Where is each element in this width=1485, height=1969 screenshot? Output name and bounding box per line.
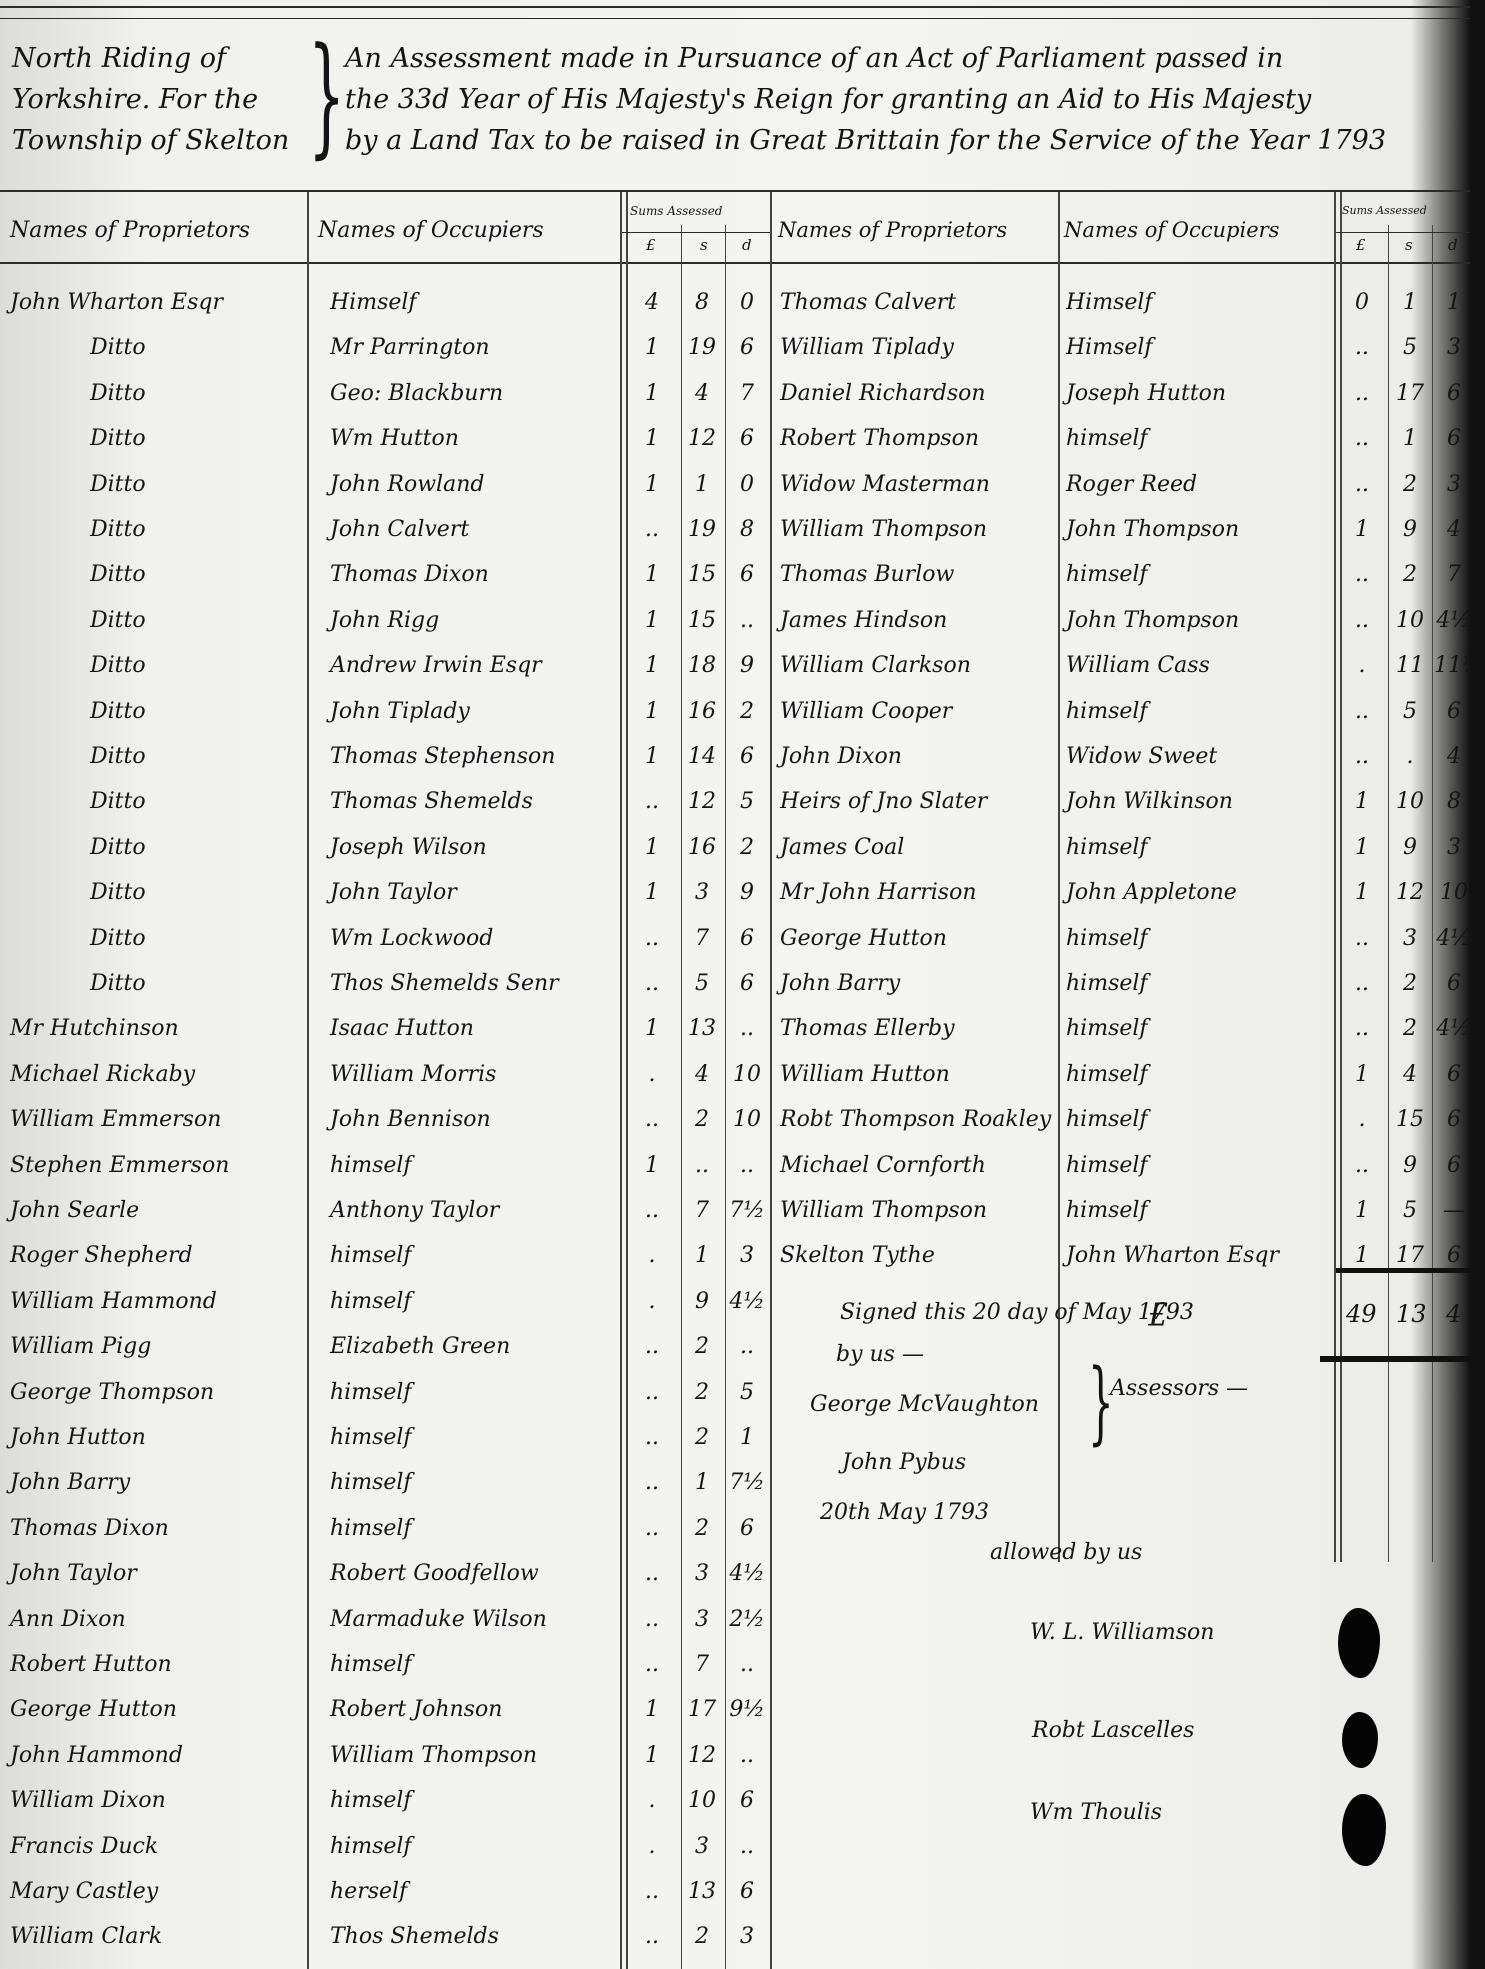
shillings-value: 10 <box>1390 608 1430 633</box>
occupiers-column-header: Names of Occupiers <box>1064 218 1279 242</box>
shillings-value: 3 <box>682 1561 722 1586</box>
shillings-value: 2 <box>682 1924 722 1949</box>
pence-value: 6 <box>727 1879 767 1904</box>
proprietor-name: William Hammond <box>10 1289 217 1314</box>
proprietor-name: William Hutton <box>780 1062 950 1087</box>
sums-assessed-header: Sums Assessed <box>1342 204 1427 217</box>
proprietor-name: William Tiplady <box>780 335 954 360</box>
table-row: William Thompsonhimself15— <box>0 1198 1485 1236</box>
table-row: Mr John HarrisonJohn Appletone11210 <box>0 880 1485 918</box>
pence-value: .. <box>727 1652 767 1677</box>
table-row: Robert Thompsonhimself..16 <box>0 426 1485 464</box>
pounds-value: .. <box>1342 971 1382 996</box>
occupier-name: himself <box>1066 1198 1148 1223</box>
pounds-value: .. <box>632 1380 672 1405</box>
pounds-value: .. <box>632 1652 672 1677</box>
proprietor-name: Thomas Calvert <box>780 290 956 315</box>
curly-brace-icon: } <box>1088 1358 1114 1448</box>
table-row: John DixonWidow Sweet...4 <box>0 744 1485 782</box>
occupier-name: William Thompson <box>330 1743 537 1768</box>
assessor-signature: George McVaughton <box>810 1392 1039 1417</box>
pounds-value: 1 <box>1342 880 1382 905</box>
shillings-value: 13 <box>682 1879 722 1904</box>
occupier-name: himself <box>1066 971 1148 996</box>
pounds-value: 1 <box>632 1743 672 1768</box>
table-row: James Coalhimself193 <box>0 835 1485 873</box>
signed-date-line: Signed this 20 day of May 1793 <box>840 1300 1194 1325</box>
pounds-value: .. <box>1342 562 1382 587</box>
table-row: Widow MastermanRoger Reed..23 <box>0 472 1485 510</box>
shillings-value: 3 <box>1390 926 1430 951</box>
pounds-value: .. <box>632 1516 672 1541</box>
pence-value: 11½ <box>1434 653 1474 678</box>
pence-value: 4 <box>1434 744 1474 769</box>
occupier-name: himself <box>1066 562 1148 587</box>
shillings-value: 2 <box>1390 1016 1430 1041</box>
shillings-value: 12 <box>682 1743 722 1768</box>
pence-value: 6 <box>1434 1153 1474 1178</box>
shillings-value: 4 <box>1390 1062 1430 1087</box>
table-row: John Huttonhimself..21 <box>0 1425 1485 1463</box>
table-row: Thomas Dixonhimself..26 <box>0 1516 1485 1554</box>
proprietor-name: William Clark <box>10 1924 162 1949</box>
table-row: Thomas Burlowhimself..27 <box>0 562 1485 600</box>
pounds-value: .. <box>1342 426 1382 451</box>
pence-value: .. <box>727 1834 767 1859</box>
shillings-header: s <box>1405 236 1413 254</box>
shillings-value: 1 <box>1390 426 1430 451</box>
pence-value: 3 <box>1434 335 1474 360</box>
pounds-value: 1 <box>1342 1243 1382 1268</box>
shillings-value: 10 <box>682 1788 722 1813</box>
table-row: Mary Castleyherself..136 <box>0 1879 1485 1917</box>
table-row: John HammondWilliam Thompson112.. <box>0 1743 1485 1781</box>
occupier-name: himself <box>1066 926 1148 951</box>
top-rule-2 <box>0 18 1470 19</box>
occupier-name: himself <box>330 1470 412 1495</box>
pence-value: 10 <box>1434 880 1474 905</box>
header-bottom-rule <box>0 190 1470 192</box>
pounds-value: . <box>632 1289 672 1314</box>
pence-value: 3 <box>1434 835 1474 860</box>
occupier-name: Roger Reed <box>1066 472 1197 497</box>
table-row: William Cooperhimself..56 <box>0 699 1485 737</box>
pence-value: 9½ <box>727 1697 767 1722</box>
table-row: William ClarkThos Shemelds..23 <box>0 1924 1485 1962</box>
occupier-name: William Cass <box>1066 653 1210 678</box>
heading-line: Township of Skelton <box>12 120 312 161</box>
pence-value: .. <box>727 1334 767 1359</box>
top-rule <box>0 6 1470 8</box>
assessor-signature: John Pybus <box>842 1450 966 1475</box>
table-row: Thomas Ellerbyhimself..24½ <box>0 1016 1485 1054</box>
shillings-value: 2 <box>1390 472 1430 497</box>
proprietor-name: John Taylor <box>10 1561 137 1586</box>
shillings-value: 15 <box>1390 1107 1430 1132</box>
occupier-name: Elizabeth Green <box>330 1334 510 1359</box>
pounds-value: .. <box>1342 926 1382 951</box>
table-row: Ann DixonMarmaduke Wilson..32½ <box>0 1607 1485 1645</box>
pounds-value: .. <box>632 1924 672 1949</box>
pounds-value: .. <box>1342 335 1382 360</box>
proprietor-name: Thomas Ellerby <box>780 1016 955 1041</box>
sums-subheader-rule <box>1336 232 1470 233</box>
shillings-value: 10 <box>1390 789 1430 814</box>
commissioner-signature: Wm Thoulis <box>1030 1800 1162 1825</box>
table-row: William Dixonhimself.106 <box>0 1788 1485 1826</box>
total-pence: 4 <box>1446 1300 1461 1328</box>
title-line: by a Land Tax to be raised in Great Brit… <box>345 120 1475 161</box>
pounds-value: .. <box>632 1470 672 1495</box>
proprietor-name: William Clarkson <box>780 653 971 678</box>
shillings-value: 3 <box>682 1607 722 1632</box>
pounds-value: .. <box>1342 608 1382 633</box>
shillings-value: 5 <box>1390 1198 1430 1223</box>
occupier-name: Himself <box>1066 290 1153 315</box>
pounds-header: £ <box>1356 236 1366 254</box>
table-row: William ThompsonJohn Thompson194 <box>0 517 1485 555</box>
pounds-value: .. <box>632 1879 672 1904</box>
shillings-value: 9 <box>682 1289 722 1314</box>
shillings-value: 17 <box>1390 1243 1430 1268</box>
table-row: William PiggElizabeth Green..2.. <box>0 1334 1485 1372</box>
pounds-value: 1 <box>1342 789 1382 814</box>
pounds-value: .. <box>632 1607 672 1632</box>
shillings-value: 2 <box>682 1334 722 1359</box>
pence-value: 6 <box>1434 1243 1474 1268</box>
commissioner-signature: Robt Lascelles <box>1032 1718 1194 1743</box>
occupier-name: John Wilkinson <box>1066 789 1233 814</box>
total-pounds: 49 <box>1346 1300 1377 1328</box>
shillings-value: . <box>1390 744 1430 769</box>
shillings-value: 2 <box>1390 562 1430 587</box>
proprietor-name: Mary Castley <box>10 1879 158 1904</box>
pence-header: d <box>1448 236 1458 254</box>
proprietor-name: William Thompson <box>780 517 987 542</box>
shillings-value: 12 <box>1390 880 1430 905</box>
table-row: William ClarksonWilliam Cass.1111½ <box>0 653 1485 691</box>
proprietors-column-header: Names of Proprietors <box>10 218 250 243</box>
total-rule-top <box>1336 1268 1470 1273</box>
proprietor-name: Robert Thompson <box>780 426 979 451</box>
pence-value: 6 <box>1434 426 1474 451</box>
pounds-value: 1 <box>1342 517 1382 542</box>
land-tax-assessment-page: North Riding of Yorkshire. For the Towns… <box>0 0 1485 1969</box>
shillings-value: 5 <box>1390 699 1430 724</box>
shillings-value: 17 <box>1390 381 1430 406</box>
pence-value: 8 <box>1434 789 1474 814</box>
proprietor-name: William Thompson <box>780 1198 987 1223</box>
occupier-name: himself <box>330 1788 412 1813</box>
allowed-by-us-label: allowed by us <box>990 1540 1142 1565</box>
shillings-value: 9 <box>1390 1153 1430 1178</box>
shillings-value: 7 <box>682 1652 722 1677</box>
shillings-value: 11 <box>1390 653 1430 678</box>
pounds-value: 1 <box>1342 1062 1382 1087</box>
pounds-value: . <box>1342 653 1382 678</box>
table-row: Daniel RichardsonJoseph Hutton..176 <box>0 381 1485 419</box>
occupier-name: Widow Sweet <box>1066 744 1217 769</box>
table-row: George Huttonhimself..34½ <box>0 926 1485 964</box>
occupier-name: himself <box>330 1289 412 1314</box>
table-row: William Huttonhimself146 <box>0 1062 1485 1100</box>
proprietor-name: Thomas Burlow <box>780 562 954 587</box>
pence-value: 4 <box>1434 517 1474 542</box>
occupier-name: himself <box>330 1425 412 1450</box>
shillings-value: 17 <box>682 1697 722 1722</box>
total-pound-symbol: £ <box>1148 1296 1168 1334</box>
pounds-value: .. <box>1342 1016 1382 1041</box>
pence-value: 3 <box>1434 472 1474 497</box>
sums-assessed-header: Sums Assessed <box>630 204 722 218</box>
sums-subheader-rule <box>622 232 770 233</box>
pounds-value: .. <box>1342 699 1382 724</box>
proprietor-name: Thomas Dixon <box>10 1516 169 1541</box>
heading-line: Yorkshire. For the <box>12 79 312 120</box>
proprietor-name: Michael Cornforth <box>780 1153 986 1178</box>
pence-value: 6 <box>1434 381 1474 406</box>
by-us-label: by us — <box>836 1342 924 1367</box>
pounds-value: .. <box>1342 1153 1382 1178</box>
proprietor-name: William Pigg <box>10 1334 151 1359</box>
allowed-date: 20th May 1793 <box>820 1500 989 1525</box>
occupier-name: himself <box>1066 1107 1148 1132</box>
heading-line: North Riding of <box>12 38 312 79</box>
wax-seal-icon <box>1342 1794 1386 1866</box>
total-rule-bottom <box>1320 1356 1470 1362</box>
pounds-value: .. <box>632 1425 672 1450</box>
title-line: the 33d Year of His Majesty's Reign for … <box>345 79 1475 120</box>
pounds-value: .. <box>1342 472 1382 497</box>
pounds-value: . <box>1342 1107 1382 1132</box>
proprietor-name: John Barry <box>10 1470 130 1495</box>
proprietor-name: George Hutton <box>780 926 947 951</box>
proprietor-name: James Coal <box>780 835 904 860</box>
proprietor-name: Robert Hutton <box>10 1652 172 1677</box>
occupier-name: himself <box>330 1380 412 1405</box>
proprietor-name: George Hutton <box>10 1697 177 1722</box>
pounds-header: £ <box>646 236 656 254</box>
occupier-name: Robert Johnson <box>330 1697 502 1722</box>
occupier-name: Joseph Hutton <box>1066 381 1226 406</box>
proprietor-name: John Hutton <box>10 1425 146 1450</box>
column-header-rule <box>0 262 1470 264</box>
shillings-value: 9 <box>1390 835 1430 860</box>
pence-value: 4½ <box>1434 926 1474 951</box>
pence-value: 7½ <box>727 1470 767 1495</box>
total-shillings: 13 <box>1396 1300 1427 1328</box>
pounds-value: 1 <box>1342 1198 1382 1223</box>
occupier-name: Robert Goodfellow <box>330 1561 539 1586</box>
pence-value: 6 <box>727 1516 767 1541</box>
pence-value: — <box>1434 1198 1474 1223</box>
pounds-value: . <box>632 1834 672 1859</box>
table-row: George Thompsonhimself..25 <box>0 1380 1485 1418</box>
county-township-heading: North Riding of Yorkshire. For the Towns… <box>12 38 312 161</box>
pounds-value: 0 <box>1342 290 1382 315</box>
table-row: William TipladyHimself..53 <box>0 335 1485 373</box>
pence-value: 5 <box>727 1380 767 1405</box>
table-row: William Hammondhimself.94½ <box>0 1289 1485 1327</box>
pounds-value: .. <box>1342 381 1382 406</box>
table-row: Michael Cornforthhimself..96 <box>0 1153 1485 1191</box>
pence-value: 4½ <box>727 1561 767 1586</box>
occupier-name: John Thompson <box>1066 517 1239 542</box>
occupier-name: Marmaduke Wilson <box>330 1607 547 1632</box>
pence-value: 6 <box>1434 1107 1474 1132</box>
pence-value: 1 <box>1434 290 1474 315</box>
proprietor-name: Widow Masterman <box>780 472 990 497</box>
pounds-value: .. <box>632 1561 672 1586</box>
table-row: John TaylorRobert Goodfellow..34½ <box>0 1561 1485 1599</box>
pence-header: d <box>742 236 752 254</box>
shillings-value: 1 <box>1390 290 1430 315</box>
occupier-name: himself <box>330 1652 412 1677</box>
occupier-name: himself <box>1066 1062 1148 1087</box>
table-row: Skelton TytheJohn Wharton Esqr1176 <box>0 1243 1485 1281</box>
proprietors-column-header: Names of Proprietors <box>778 218 1007 242</box>
occupier-name: John Wharton Esqr <box>1066 1243 1279 1268</box>
table-row: Thomas CalvertHimself011 <box>0 290 1485 328</box>
table-row: John Barryhimself..26 <box>0 971 1485 1009</box>
pence-value: 2½ <box>727 1607 767 1632</box>
proprietor-name: William Cooper <box>780 699 952 724</box>
proprietor-name: Heirs of Jno Slater <box>780 789 987 814</box>
pence-value: 7 <box>1434 562 1474 587</box>
table-row: Robt Thompson Roakleyhimself.156 <box>0 1107 1485 1145</box>
pence-value: 4½ <box>1434 1016 1474 1041</box>
occupier-name: himself <box>1066 699 1148 724</box>
occupier-name: Thos Shemelds <box>330 1924 499 1949</box>
pence-value: .. <box>727 1743 767 1768</box>
occupier-name: herself <box>330 1879 407 1904</box>
proprietor-name: Ann Dixon <box>10 1607 126 1632</box>
shillings-value: 5 <box>1390 335 1430 360</box>
proprietor-name: Robt Thompson Roakley <box>780 1107 1051 1132</box>
proprietor-name: James Hindson <box>780 608 947 633</box>
table-row: Heirs of Jno SlaterJohn Wilkinson1108 <box>0 789 1485 827</box>
occupier-name: himself <box>1066 1016 1148 1041</box>
shillings-value: 3 <box>682 1834 722 1859</box>
shillings-value: 2 <box>682 1380 722 1405</box>
proprietor-name: Skelton Tythe <box>780 1243 935 1268</box>
table-row: Robert Huttonhimself..7.. <box>0 1652 1485 1690</box>
assessment-title: An Assessment made in Pursuance of an Ac… <box>345 38 1475 161</box>
proprietor-name: John Dixon <box>780 744 902 769</box>
occupier-name: himself <box>330 1834 412 1859</box>
pence-value: 1 <box>727 1425 767 1450</box>
pounds-value: .. <box>632 1334 672 1359</box>
occupier-name: Himself <box>1066 335 1153 360</box>
proprietor-name: Mr John Harrison <box>780 880 977 905</box>
pence-value: 6 <box>1434 699 1474 724</box>
pence-value: 4½ <box>727 1289 767 1314</box>
proprietor-name: John Hammond <box>10 1743 183 1768</box>
shillings-value: 9 <box>1390 517 1430 542</box>
proprietor-name: George Thompson <box>10 1380 214 1405</box>
curly-brace-icon: } <box>308 30 345 160</box>
pounds-value: . <box>632 1788 672 1813</box>
assessors-label: Assessors — <box>1110 1376 1248 1401</box>
pounds-value: 1 <box>1342 835 1382 860</box>
wax-seal-icon <box>1338 1608 1380 1678</box>
occupiers-column-header: Names of Occupiers <box>318 218 544 243</box>
proprietor-name: William Dixon <box>10 1788 166 1813</box>
proprietor-name: Francis Duck <box>10 1834 158 1859</box>
commissioner-signature: W. L. Williamson <box>1030 1620 1214 1645</box>
occupier-name: himself <box>1066 835 1148 860</box>
pounds-value: .. <box>1342 744 1382 769</box>
table-row: John Barryhimself..17½ <box>0 1470 1485 1508</box>
shillings-value: 2 <box>682 1425 722 1450</box>
shillings-value: 2 <box>1390 971 1430 996</box>
shillings-value: 1 <box>682 1470 722 1495</box>
table-row: George HuttonRobert Johnson1179½ <box>0 1697 1485 1735</box>
occupier-name: himself <box>1066 426 1148 451</box>
occupier-name: himself <box>330 1516 412 1541</box>
proprietor-name: Daniel Richardson <box>780 381 986 406</box>
table-row: James HindsonJohn Thompson..104½ <box>0 608 1485 646</box>
shillings-value: 2 <box>682 1516 722 1541</box>
occupier-name: John Thompson <box>1066 608 1239 633</box>
pounds-value: 1 <box>632 1697 672 1722</box>
pence-value: 6 <box>1434 1062 1474 1087</box>
proprietor-name: John Barry <box>780 971 900 996</box>
wax-seal-icon <box>1342 1712 1378 1768</box>
title-line: An Assessment made in Pursuance of an Ac… <box>345 38 1475 79</box>
occupier-name: John Appletone <box>1066 880 1237 905</box>
pence-value: 6 <box>727 1788 767 1813</box>
occupier-name: himself <box>1066 1153 1148 1178</box>
table-row: Francis Duckhimself.3.. <box>0 1834 1485 1872</box>
pence-value: 6 <box>1434 971 1474 996</box>
pence-value: 3 <box>727 1924 767 1949</box>
pence-value: 4½ <box>1434 608 1474 633</box>
shillings-header: s <box>700 236 708 254</box>
